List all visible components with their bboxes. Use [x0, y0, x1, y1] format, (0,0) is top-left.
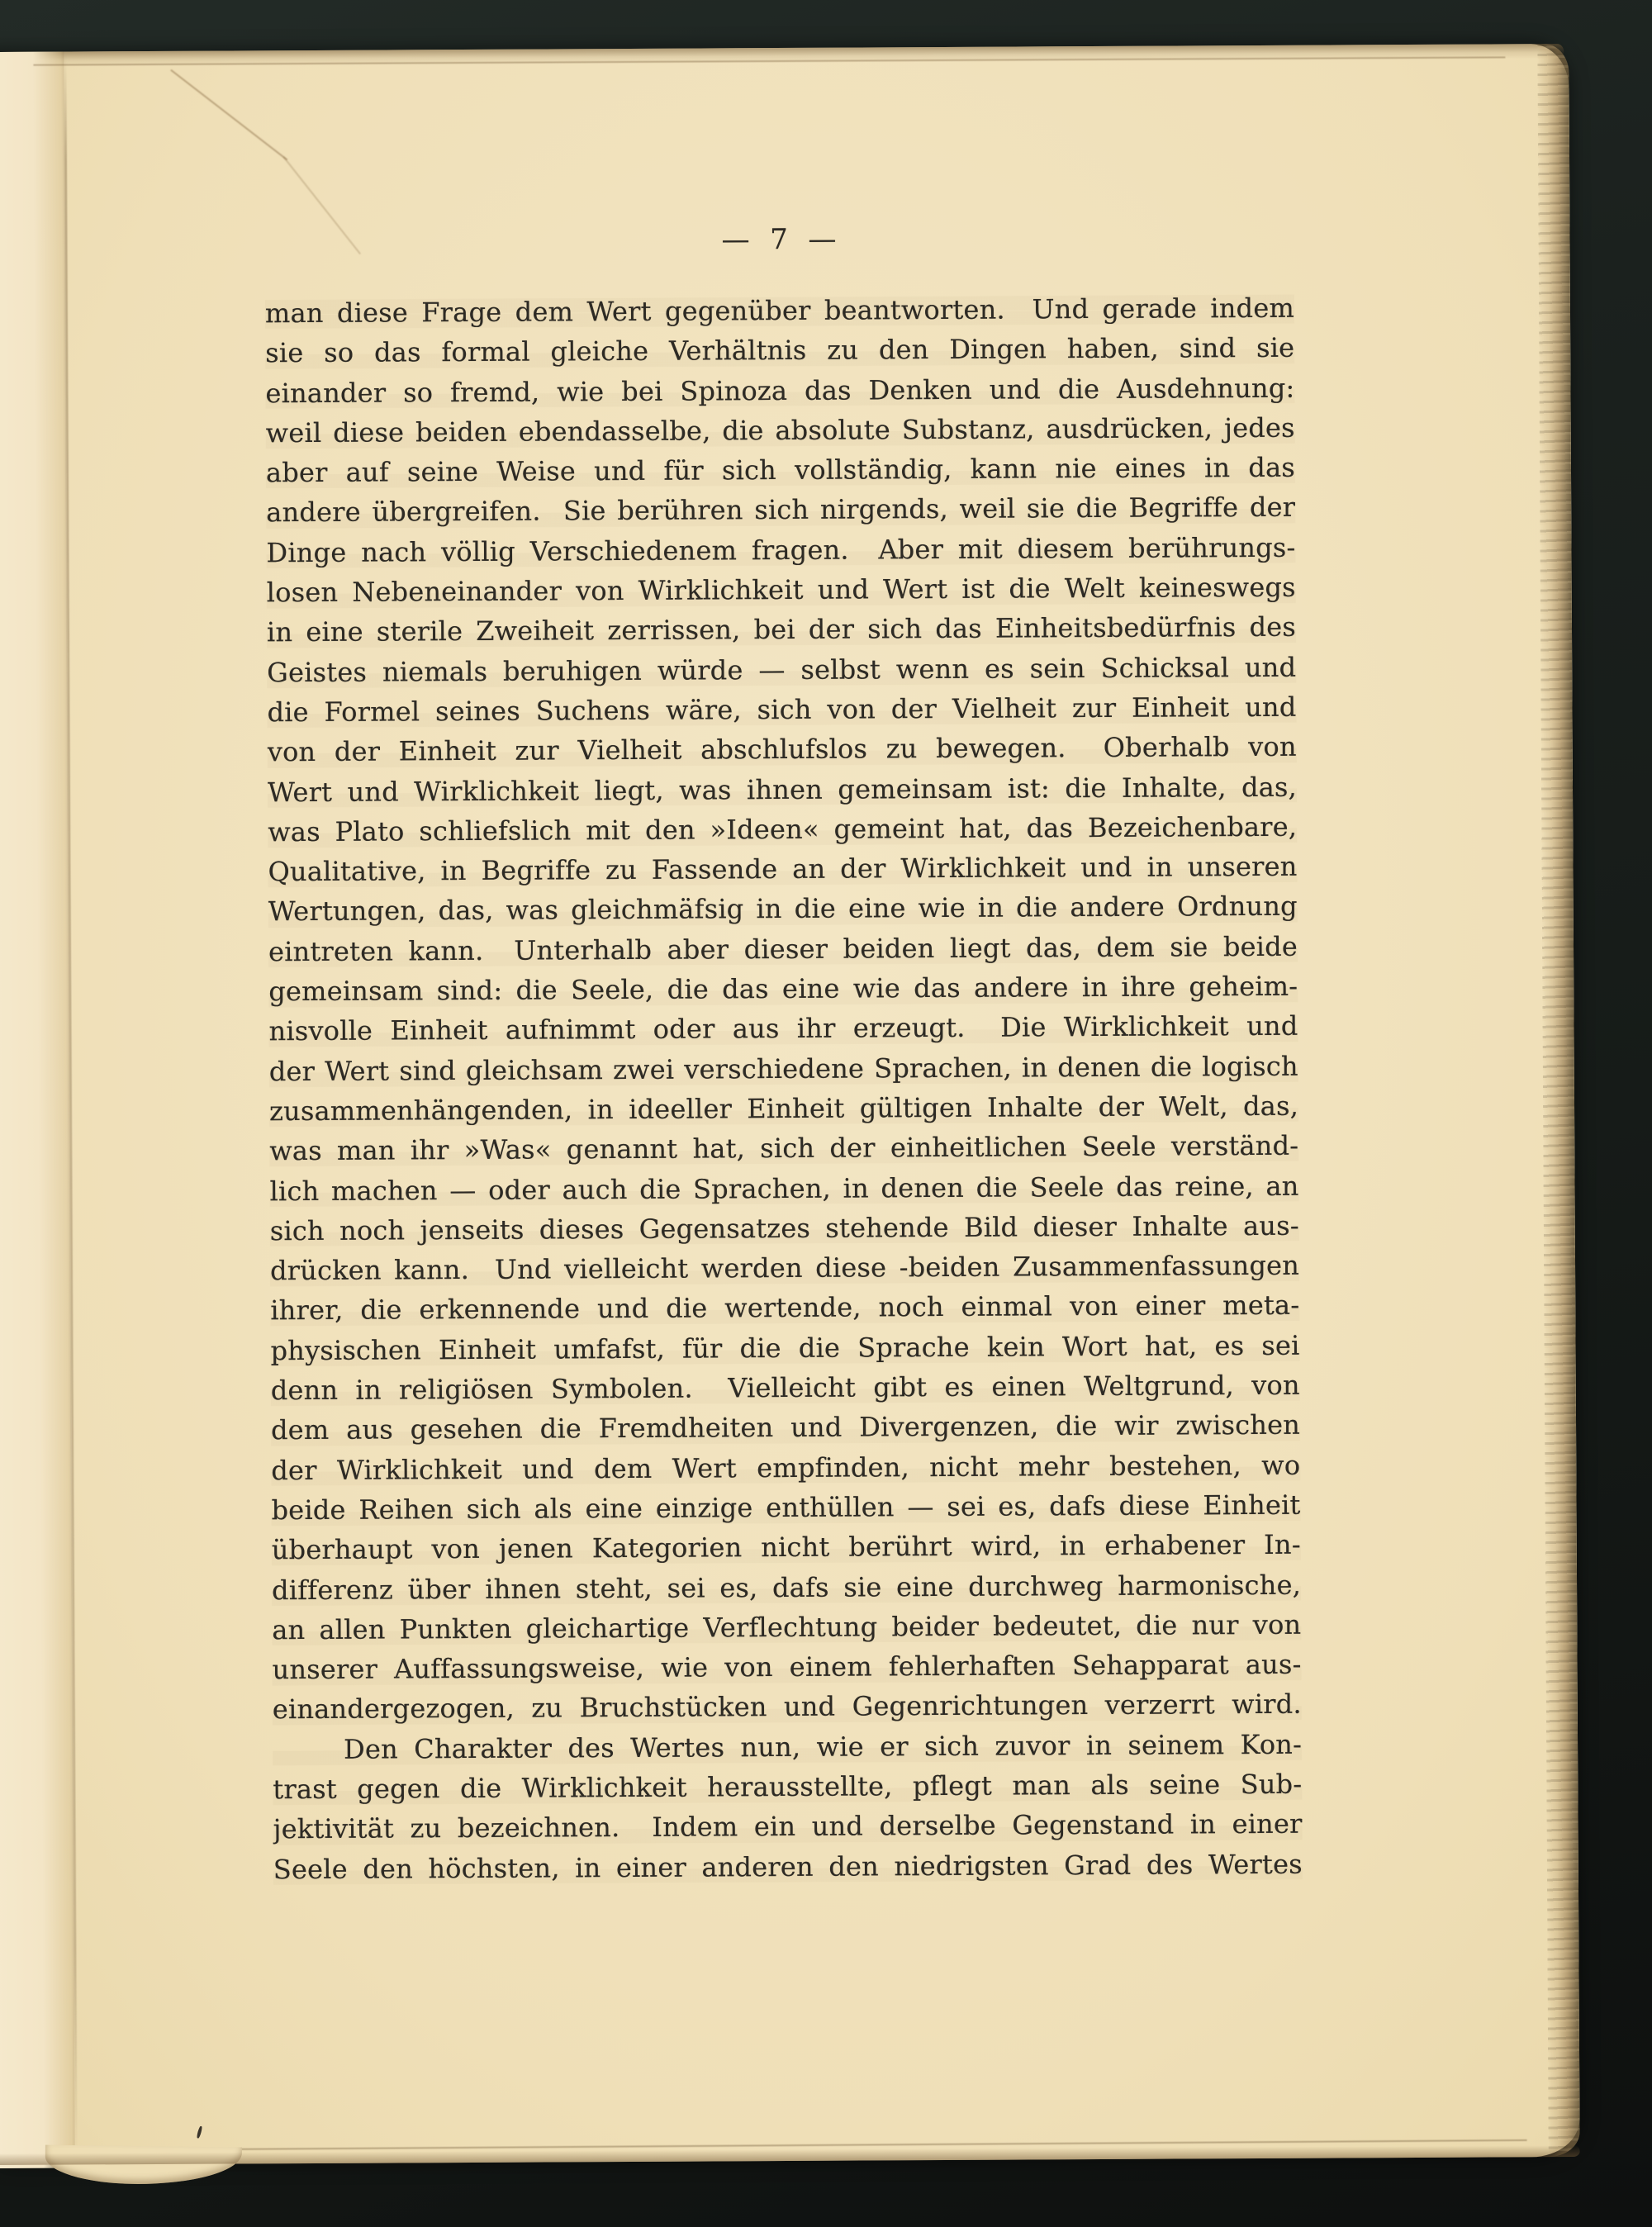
text-line: Den Charakter des Wertes nun, wie er sic… — [273, 1724, 1302, 1769]
top-page-edge-line — [34, 56, 1506, 65]
text-line: Wert und Wirklichkeit liegt, was ihnen g… — [268, 767, 1297, 812]
photo-background: — 7 — man diese Frage dem Wert gegenüber… — [0, 0, 1652, 2227]
text-line: sie so das formal gleiche Verhältnis zu … — [265, 328, 1294, 373]
text-line: lich machen — oder auch die Sprachen, in… — [269, 1166, 1298, 1211]
text-line: überhaupt von jenen Kategorien nicht ber… — [272, 1525, 1301, 1570]
text-line: gemeinsam sind: die Seele, die das eine … — [268, 966, 1298, 1012]
text-line: weil diese beiden ebendasselbe, die abso… — [266, 408, 1295, 453]
under-page-edge-line — [237, 2139, 1527, 2150]
fore-edge-stack — [1537, 44, 1579, 2157]
text-line: die Formel seines Suchens wäre, sich von… — [267, 687, 1296, 733]
text-line: Wertungen, das, was gleichmäfsig in die … — [268, 886, 1298, 932]
text-line: an allen Punkten gleichartige Verflechtu… — [272, 1605, 1301, 1650]
text-line: nisvolle Einheit aufnimmt oder aus ihr e… — [268, 1006, 1298, 1052]
text-line: physischen Einheit umfafst, für die die … — [270, 1325, 1299, 1370]
text-line: man diese Frage dem Wert gegenüber beant… — [265, 288, 1294, 334]
text-line: denn in religiösen Symbolen. Vielleicht … — [271, 1365, 1300, 1411]
corner-crease-line — [170, 69, 287, 160]
book-page: — 7 — man diese Frage dem Wert gegenüber… — [0, 44, 1580, 2165]
text-line: der Wert sind gleichsam zwei verschieden… — [269, 1046, 1298, 1091]
text-line: in eine sterile Zweiheit zerrissen, bei … — [267, 607, 1296, 653]
text-line: der Wirklichkeit und dem Wert empfinden,… — [271, 1445, 1300, 1490]
text-line: beide Reihen sich als eine einzige enthü… — [271, 1485, 1300, 1531]
text-line: zusammenhängenden, in ideeller Einheit g… — [269, 1086, 1298, 1132]
text-line: einandergezogen, zu Bruchstücken und Geg… — [273, 1684, 1302, 1730]
text-line: was man ihr »Was« genannt hat, sich der … — [269, 1126, 1298, 1171]
text-line: eintreten kann. Unterhalb aber dieser be… — [268, 926, 1298, 971]
text-line: Dinge nach völlig Verschiedenem fragen. … — [266, 528, 1295, 573]
text-line: sich noch jenseits dieses Gegensatzes st… — [270, 1206, 1299, 1251]
text-line: Qualitative, in Begriffe zu Fassende an … — [268, 847, 1297, 892]
bottom-left-page-curl — [45, 2145, 242, 2186]
text-line: trast gegen die Wirklichkeit herausstell… — [273, 1764, 1302, 1810]
text-line: ihrer, die erkennende und die wertende, … — [270, 1285, 1299, 1331]
text-line: Geistes niemals beruhigen würde — selbst… — [267, 647, 1296, 692]
text-line: was Plato schliefslich mit den »Ideen« g… — [268, 807, 1297, 852]
text-line: aber auf seine Weise und für sich vollst… — [266, 448, 1295, 493]
text-line: einander so fremd, wie bei Spinoza das D… — [265, 368, 1294, 413]
text-line: von der Einheit zur Vielheit abschlufslo… — [268, 727, 1297, 772]
text-line: drücken kann. Und vielleicht werden dies… — [270, 1246, 1299, 1291]
text-line: losen Nebeneinander von Wirklichkeit und… — [267, 567, 1296, 613]
text-line: unserer Auffassungsweise, wie von einem … — [272, 1645, 1301, 1690]
text-line: andere übergreifen. Sie berühren sich ni… — [266, 487, 1295, 533]
text-line: jektivität zu bezeichnen. Indem ein und … — [273, 1804, 1302, 1850]
ink-speck — [197, 2125, 203, 2139]
page-text: man diese Frage dem Wert gegenüber beant… — [265, 288, 1303, 1889]
text-line: Seele den höchsten, in einer anderen den… — [273, 1844, 1303, 1889]
text-line: dem aus gesehen die Fremdheiten und Dive… — [271, 1405, 1300, 1451]
text-line: differenz über ihnen steht, sei es, dafs… — [272, 1565, 1301, 1610]
page-number: — 7 — — [264, 221, 1294, 259]
gutter-page-strip — [0, 52, 75, 2168]
